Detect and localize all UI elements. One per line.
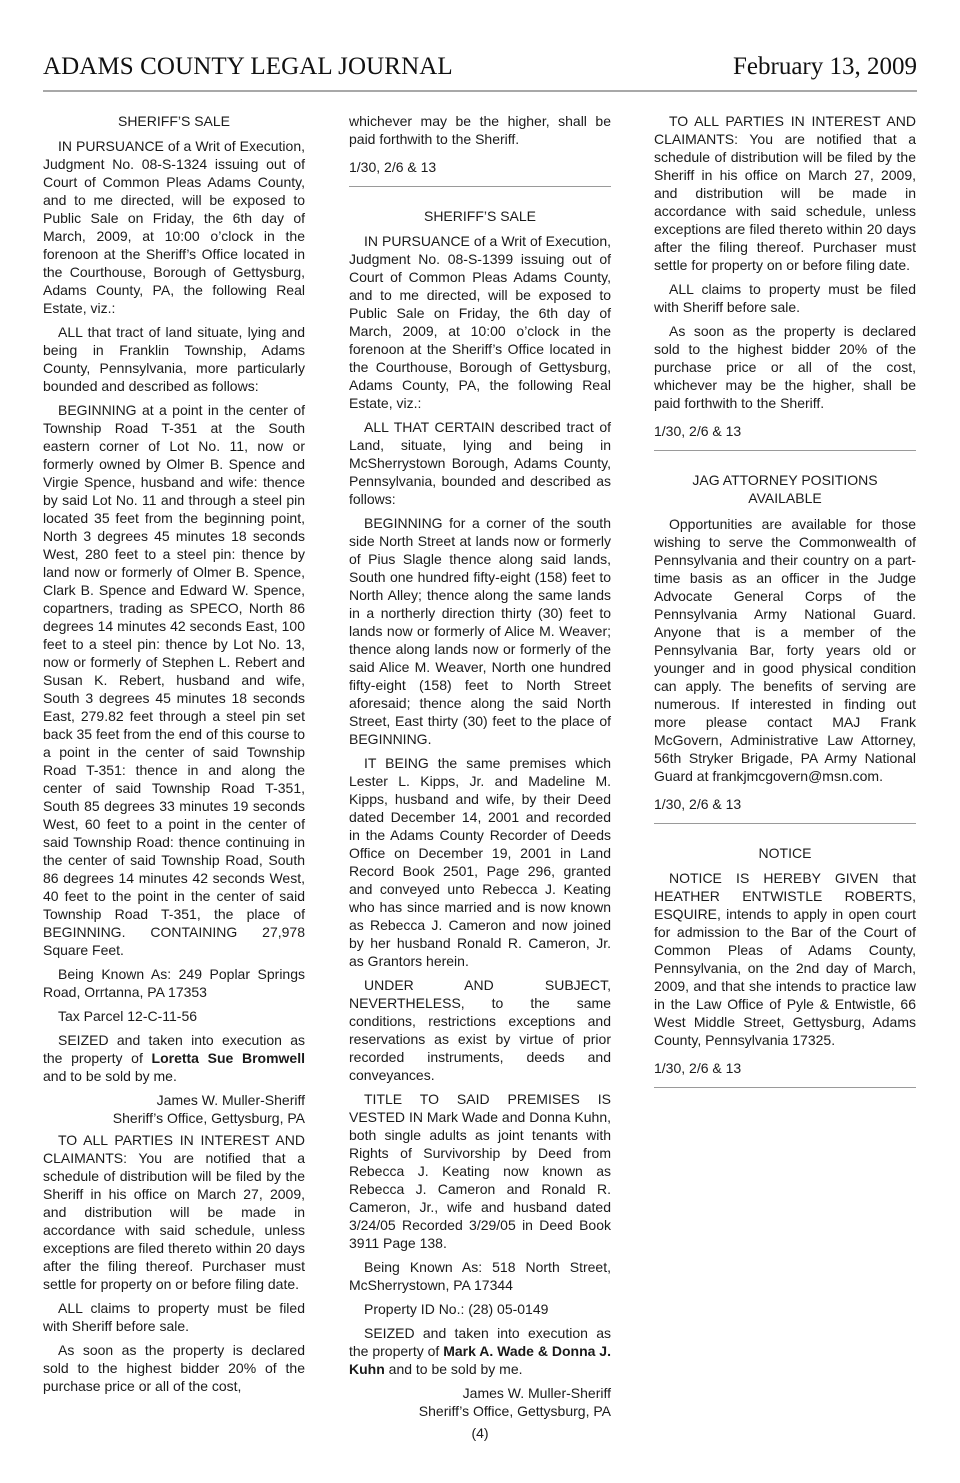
sheriffs-sale-notice-1: SHERIFF’S SALE IN PURSUANCE of a Writ of… xyxy=(43,112,305,1395)
distribution-notice: TO ALL PARTIES IN INTEREST AND CLAIMANTS… xyxy=(43,1131,305,1293)
sheriffs-sale-notice-2: SHERIFF’S SALE IN PURSUANCE of a Writ of… xyxy=(349,207,611,1420)
page-number: (4) xyxy=(0,1425,960,1441)
sheriff-office: Sheriff’s Office, Gettysburg, PA xyxy=(43,1109,305,1127)
notice-paragraph: IN PURSUANCE of a Writ of Execution, Jud… xyxy=(43,137,305,317)
deed-history: IT BEING the same premises which Lester … xyxy=(349,754,611,970)
notice-paragraph: ALL that tract of land situate, lying an… xyxy=(43,323,305,395)
divider xyxy=(349,186,611,187)
heading-line-2: AVAILABLE xyxy=(654,489,916,507)
distribution-notice: TO ALL PARTIES IN INTEREST AND CLAIMANTS… xyxy=(654,112,916,274)
run-dates: 1/30, 2/6 & 13 xyxy=(654,795,916,813)
payment-terms-continued: whichever may be the higher, shall be pa… xyxy=(349,112,611,148)
masthead: ADAMS COUNTY LEGAL JOURNAL February 13, … xyxy=(43,50,917,92)
property-owner: Loretta Sue Bromwell xyxy=(152,1050,305,1066)
seizure-statement: SEIZED and taken into execution as the p… xyxy=(43,1031,305,1085)
column-1: SHERIFF’S SALE IN PURSUANCE of a Writ of… xyxy=(43,112,305,1401)
claims-notice: ALL claims to property must be filed wit… xyxy=(654,280,916,316)
claims-notice: ALL claims to property must be filed wit… xyxy=(43,1299,305,1335)
payment-terms: As soon as the property is declared sold… xyxy=(43,1341,305,1395)
sheriff-name: James W. Muller-Sheriff xyxy=(43,1091,305,1109)
property-address: Being Known As: 518 North Street, McSher… xyxy=(349,1258,611,1294)
seizure-text-end: and to be sold by me. xyxy=(43,1068,177,1084)
journal-title: ADAMS COUNTY LEGAL JOURNAL xyxy=(43,53,453,81)
tax-parcel: Tax Parcel 12-C-11-56 xyxy=(43,1007,305,1025)
column-2: whichever may be the higher, shall be pa… xyxy=(349,112,611,1426)
sheriff-signature: James W. Muller-Sheriff Sheriff’s Office… xyxy=(43,1091,305,1127)
property-address: Being Known As: 249 Poplar Springs Road,… xyxy=(43,965,305,1001)
jag-attorney-notice: JAG ATTORNEY POSITIONS AVAILABLE Opportu… xyxy=(654,471,916,813)
subject-clause: UNDER AND SUBJECT, NEVERTHELESS, to the … xyxy=(349,976,611,1084)
divider xyxy=(654,450,916,451)
seizure-text-end: and to be sold by me. xyxy=(385,1361,523,1377)
bar-admission-text: NOTICE IS HEREBY GIVEN that HEATHER ENTW… xyxy=(654,869,916,1049)
bar-admission-notice: NOTICE NOTICE IS HEREBY GIVEN that HEATH… xyxy=(654,844,916,1077)
legal-description: BEGINNING for a corner of the south side… xyxy=(349,514,611,748)
notice-heading: NOTICE xyxy=(654,844,916,862)
divider xyxy=(654,823,916,824)
heading-line-1: JAG ATTORNEY POSITIONS xyxy=(654,471,916,489)
sheriff-signature: James W. Muller-Sheriff Sheriff’s Office… xyxy=(349,1384,611,1420)
property-id: Property ID No.: (28) 05-0149 xyxy=(349,1300,611,1318)
legal-description: BEGINNING at a point in the center of To… xyxy=(43,401,305,959)
divider xyxy=(654,1087,916,1088)
seizure-statement: SEIZED and taken into execution as the p… xyxy=(349,1324,611,1378)
run-dates: 1/30, 2/6 & 13 xyxy=(349,158,611,176)
notice-heading: SHERIFF’S SALE xyxy=(349,207,611,225)
notice-heading: SHERIFF’S SALE xyxy=(43,112,305,130)
notice-paragraph: ALL THAT CERTAIN described tract of Land… xyxy=(349,418,611,508)
sheriff-office: Sheriff’s Office, Gettysburg, PA xyxy=(349,1402,611,1420)
issue-date: February 13, 2009 xyxy=(733,53,917,81)
title-vesting: TITLE TO SAID PREMISES IS VESTED IN Mark… xyxy=(349,1090,611,1252)
jag-description: Opportunities are available for those wi… xyxy=(654,515,916,785)
run-dates: 1/30, 2/6 & 13 xyxy=(654,1059,916,1077)
sheriff-name: James W. Muller-Sheriff xyxy=(349,1384,611,1402)
column-3: TO ALL PARTIES IN INTEREST AND CLAIMANTS… xyxy=(654,112,916,1108)
notice-paragraph: IN PURSUANCE of a Writ of Execution, Jud… xyxy=(349,232,611,412)
payment-terms: As soon as the property is declared sold… xyxy=(654,322,916,412)
notice-heading: JAG ATTORNEY POSITIONS AVAILABLE xyxy=(654,471,916,507)
run-dates: 1/30, 2/6 & 13 xyxy=(654,422,916,440)
